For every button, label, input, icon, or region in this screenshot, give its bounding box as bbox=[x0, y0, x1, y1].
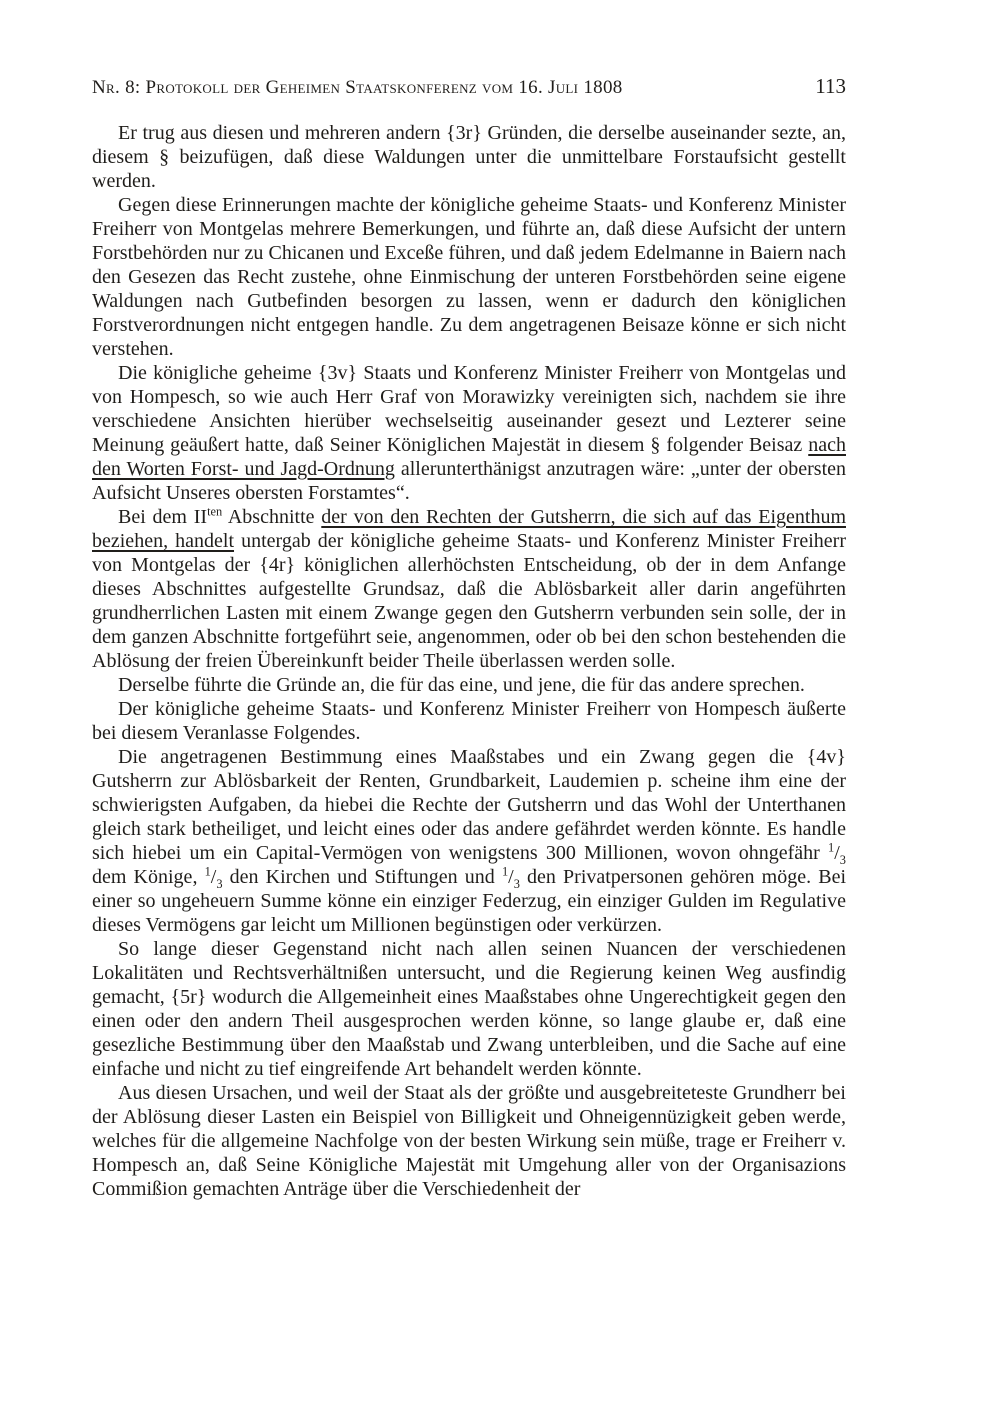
text-segment: Aus diesen Ursachen, und weil der Staat … bbox=[92, 1082, 846, 1200]
text-segment: Bei dem II bbox=[118, 506, 207, 528]
document-body: Er trug aus diesen und mehreren andern {… bbox=[92, 121, 846, 1201]
text-segment: den Kirchen und Stiftungen und bbox=[223, 866, 502, 888]
text-segment: Er trug aus diesen und mehreren andern {… bbox=[92, 122, 846, 192]
book-page: Nr. 8: Protokoll der Geheimen Staatskonf… bbox=[0, 0, 1004, 1418]
text-segment: 3 bbox=[840, 853, 846, 867]
paragraph-5: Derselbe führte die Gründe an, die für d… bbox=[92, 673, 846, 697]
paragraph-7: Die angetragenen Bestimmung eines Maaßst… bbox=[92, 745, 846, 937]
paragraph-9: Aus diesen Ursachen, und weil der Staat … bbox=[92, 1081, 846, 1201]
running-header: Nr. 8: Protokoll der Geheimen Staatskonf… bbox=[92, 74, 846, 99]
paragraph-3: Die königliche geheime {3v} Staats und K… bbox=[92, 361, 846, 505]
text-segment: Derselbe führte die Gründe an, die für d… bbox=[118, 674, 805, 696]
page-content: Nr. 8: Protokoll der Geheimen Staatskonf… bbox=[92, 74, 846, 1201]
text-segment: Abschnitte bbox=[222, 506, 321, 528]
text-segment: So lange dieser Gegenstand nicht nach al… bbox=[92, 938, 846, 1080]
text-segment: Die königliche geheime {3v} Staats und K… bbox=[92, 362, 846, 456]
paragraph-8: So lange dieser Gegenstand nicht nach al… bbox=[92, 937, 846, 1081]
running-header-title: Nr. 8: Protokoll der Geheimen Staatskonf… bbox=[92, 77, 623, 99]
text-segment: dem Könige, bbox=[92, 866, 205, 888]
text-segment: ten bbox=[207, 504, 222, 518]
text-segment: Gegen diese Erinnerungen machte der köni… bbox=[92, 194, 846, 360]
paragraph-4: Bei dem IIten Abschnitte der von den Rec… bbox=[92, 505, 846, 673]
page-number: 113 bbox=[815, 74, 846, 99]
paragraph-6: Der königliche geheime Staats- und Konfe… bbox=[92, 697, 846, 745]
paragraph-1: Er trug aus diesen und mehreren andern {… bbox=[92, 121, 846, 193]
text-segment: Der königliche geheime Staats- und Konfe… bbox=[92, 698, 846, 744]
paragraph-2: Gegen diese Erinnerungen machte der köni… bbox=[92, 193, 846, 361]
text-segment: Die angetragenen Bestimmung eines Maaßst… bbox=[92, 746, 846, 864]
